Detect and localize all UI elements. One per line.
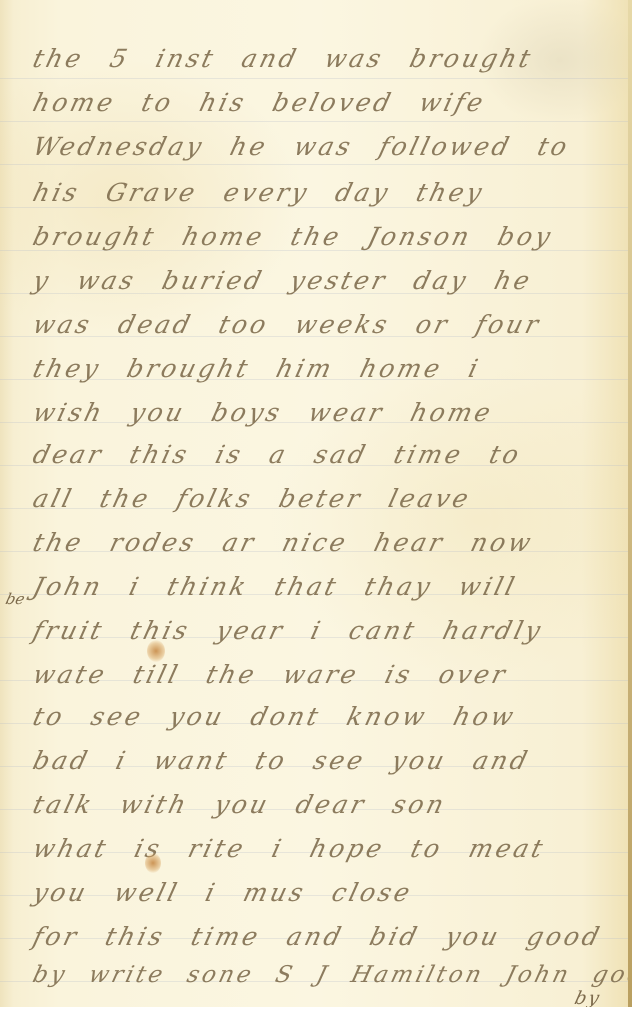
letter-line: to see you dont know how xyxy=(30,702,519,731)
letter-line: Wednesday he was followed to xyxy=(30,132,573,161)
letter-line: fruit this year i cant hardly xyxy=(30,616,546,645)
letter-line-signature: by write sone S J Hamilton John good xyxy=(30,962,632,988)
letter-line: wate till the ware is over xyxy=(30,660,511,689)
letter-line: what is rite i hope to meat xyxy=(30,834,548,863)
letter-line: John i think that thay will xyxy=(30,572,520,601)
ruled-line xyxy=(0,207,632,208)
letter-line: dear this is a sad time to xyxy=(30,440,525,469)
ink-stain xyxy=(147,640,165,662)
letter-line: home to his beloved wife xyxy=(30,88,489,117)
letter-line: all the folks beter leave xyxy=(30,484,474,513)
margin-note: be xyxy=(4,590,27,608)
letter-line: y was buried yester day he xyxy=(30,266,536,295)
letter-line: you well i mus close xyxy=(30,878,416,907)
closing-tail: by xyxy=(572,988,603,1007)
letter-page: the 5 inst and was brought home to his b… xyxy=(0,0,632,1007)
letter-line: talk with you dear son xyxy=(30,790,450,819)
letter-line: the 5 inst and was brought xyxy=(30,44,536,73)
letter-line: his Grave every day they xyxy=(30,178,488,207)
letter-line: bad i want to see you and xyxy=(30,746,533,775)
ruled-line xyxy=(0,164,632,165)
letter-line: was dead too weeks or four xyxy=(30,310,544,339)
ruled-line xyxy=(0,121,632,122)
ruled-line xyxy=(0,78,632,79)
letter-line: brought home the Jonson boy xyxy=(30,222,556,251)
letter-line: they brought him home i xyxy=(30,354,484,383)
letter-line: wish you boys wear home xyxy=(30,398,496,427)
letter-line: for this time and bid you good xyxy=(30,922,605,951)
letter-line: the rodes ar nice hear now xyxy=(30,528,537,557)
ink-stain xyxy=(145,853,161,873)
